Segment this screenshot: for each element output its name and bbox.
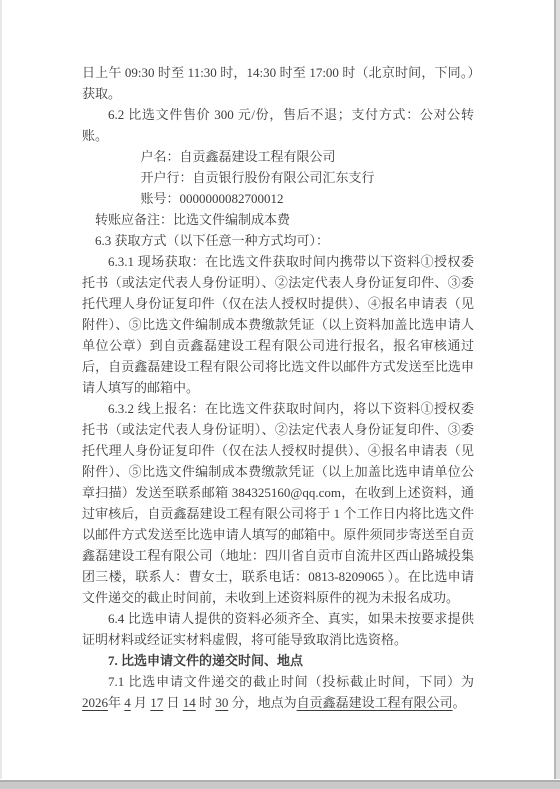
- deadline-text: 年: [108, 695, 124, 710]
- deadline-text: 7.1 比选申请文件递交的截止时间（投标截止时间，下同）为: [108, 674, 474, 689]
- para-6-3-obtain-methods: 6.3 获取方式（以下任意一种方式均可）：: [82, 230, 474, 251]
- deadline-text: 分，地点为: [228, 695, 296, 710]
- deadline-underlined-value: 2026: [82, 695, 108, 710]
- para-7-1-deadline: 7.1 比选申请文件递交的截止时间（投标截止时间，下同）为 2026年 4 月 …: [82, 671, 474, 713]
- page-bottom-edge-shadow: [0, 779, 560, 789]
- deadline-text: 月: [131, 695, 151, 710]
- para-account-number: 账号：0000000082700012: [82, 188, 474, 209]
- para-account-name: 户名：自贡鑫磊建设工程有限公司: [82, 146, 474, 167]
- document-text-block: 日上午 09:30 时至 11:30 时，14:30 时至 17:00 时（北京…: [82, 62, 474, 713]
- deadline-text: 时: [196, 695, 216, 710]
- deadline-text: 日: [163, 695, 183, 710]
- deadline-underlined-value: 17: [150, 695, 163, 710]
- document-page: 日上午 09:30 时至 11:30 时，14:30 时至 17:00 时（北京…: [0, 0, 560, 789]
- para-6-3-1-onsite: 6.3.1 现场获取：在比选文件获取时间内携带以下资料①授权委托书（或法定代表人…: [82, 251, 474, 398]
- para-6-2-price: 6.2 比选文件售价 300 元/份，售后不退；支付方式：公对公转账。: [82, 104, 474, 146]
- deadline-underlined-value: 14: [183, 695, 196, 710]
- deadline-text: 。: [453, 695, 466, 710]
- deadline-underlined-value: 30: [215, 695, 228, 710]
- para-6-4-requirements: 6.4 比选申请人提供的资料必须齐全、真实，如果未按要求提供证明材料或经证实材料…: [82, 608, 474, 650]
- para-bank-branch: 开户行：自贡银行股份有限公司汇东支行: [82, 167, 474, 188]
- para-6-3-2-online: 6.3.2 线上报名：在比选文件获取时间内，将以下资料①授权委托书（或法定代表人…: [82, 398, 474, 608]
- heading-7-submission: 7. 比选申请文件的递交时间、地点: [82, 650, 474, 671]
- para-office-hours: 日上午 09:30 时至 11:30 时，14:30 时至 17:00 时（北京…: [82, 62, 474, 104]
- para-transfer-note: 转账应备注：比选文件编制成本费: [82, 209, 474, 230]
- deadline-underlined-value: 自贡鑫磊建设工程有限公司: [297, 695, 453, 710]
- page-left-edge-shadow: [0, 0, 2, 789]
- page-right-edge-shadow: [553, 0, 560, 789]
